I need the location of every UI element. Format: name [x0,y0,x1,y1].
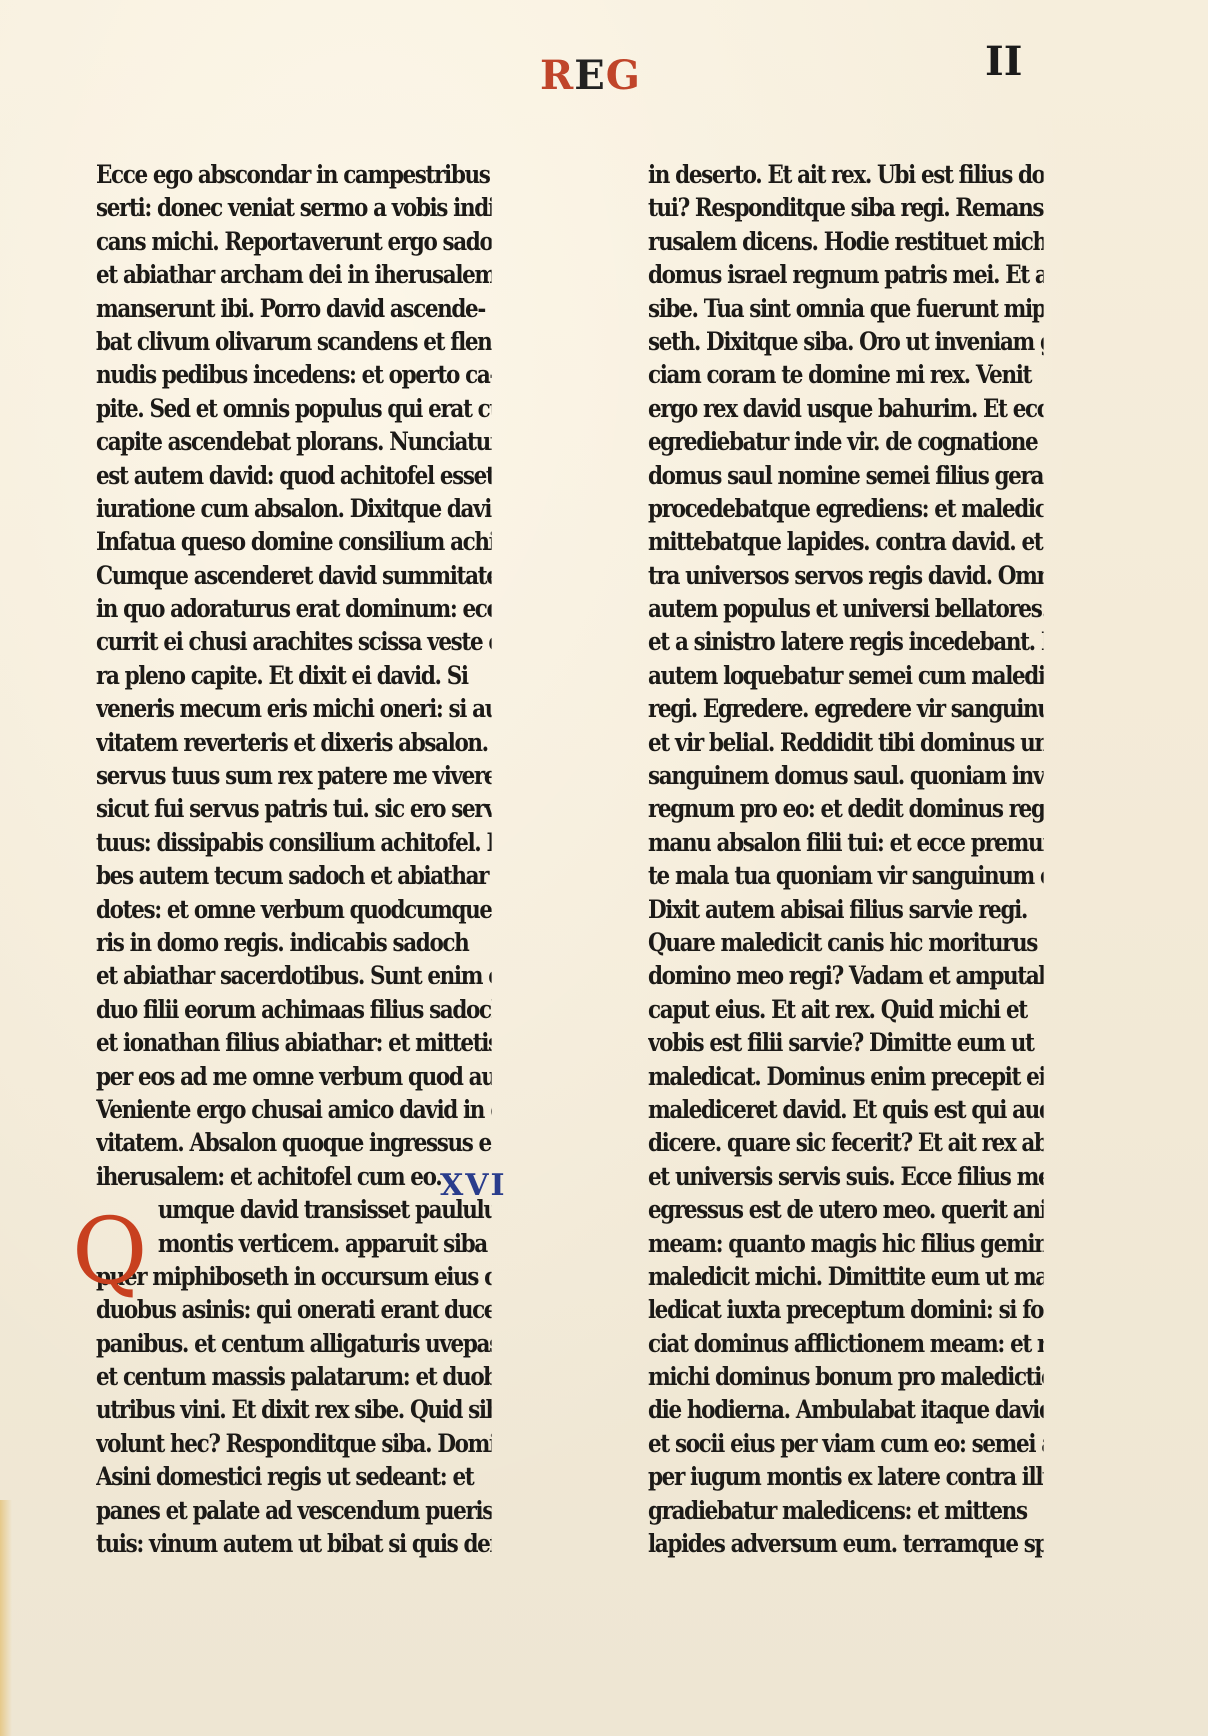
text-line: maledicit michi. Dimittite eum ut ma- [648,1260,1044,1293]
text-line: Ecce ego abscondar in campestribus de- [96,158,492,191]
text-line: per eos ad me omne verbum quod audieriti… [96,1060,492,1093]
text-line: Quare maledicit canis hic moriturus [648,926,1044,959]
text-line: michi dominus bonum pro maledictione hac [648,1360,1044,1393]
text-line: et a sinistro latere regis incedebant. I… [648,625,1044,658]
text-line: vobis est filii sarvie? Dimitte eum ut [648,1026,1044,1059]
left-column: Ecce ego abscondar in campestribus de-se… [96,158,556,1560]
text-line: regi. Egredere. egredere vir sanguinum: [648,692,1044,725]
text-line: autem loquebatur semei cum malediceret [648,659,1044,692]
text-line: Cumque ascenderet david summitatem monti… [96,559,492,592]
text-line: domus israel regnum patris mei. Et ait r… [648,258,1044,291]
text-line: currit ei chusi arachites scissa veste e… [96,625,492,658]
text-line: et socii eius per viam cum eo: semei aut… [648,1427,1044,1460]
text-line: Dixit autem abisai filius sarvie regi. [648,893,1044,926]
text-line: veneris mecum eris michi oneri: si autem… [96,692,492,725]
text-line: servus tuus sum rex patere me vivere. [96,759,492,792]
text-line: et vir belial. Reddidit tibi dominus uni… [648,726,1044,759]
text-line: ciam coram te domine mi rex. Venit [648,358,1044,391]
text-line: manserunt ibi. Porro david ascende- [96,292,492,325]
text-line: est autem david: quod achitofel esset in… [96,459,492,492]
text-line: procedebatque egrediens: et maledicebat [648,492,1044,525]
text-line: panes et palate ad vescendum pueris [96,1494,492,1527]
text-line: ciat dominus afflictionem meam: et redda… [648,1327,1044,1360]
text-line: duobus asinis: qui onerati erant ducenti… [96,1293,492,1326]
text-line: ris in domo regis. indicabis sadoch [96,926,492,959]
text-line: gradiebatur maledicens: et mittens [648,1494,1044,1527]
text-line: ledicat iuxta preceptum domini: si forte… [648,1293,1044,1326]
text-line: per iugum montis ex latere contra illum. [648,1460,1044,1493]
text-line: bat clivum olivarum scandens et flens [96,325,492,358]
text-line: iherusalem: et achitofel cum eo. [96,1160,492,1193]
text-line: panibus. et centum alligaturis uvepasse. [96,1327,492,1360]
text-line: te mala tua quoniam vir sanguinum es. [648,859,1044,892]
text-line: et ionathan filius abiathar: et mittetis [96,1026,492,1059]
text-line: ergo rex david usque bahurim. Et ecce [648,392,1044,425]
text-line: dotes: et omne verbum quodcumque audie- [96,893,492,926]
illuminated-initial: Q [72,1206,147,1298]
text-line: in deserto. Et ait rex. Ubi est filius d… [648,158,1044,191]
text-line: duo filii eorum achimaas filius sadoch [96,993,492,1026]
chapter-number: XVI [440,1168,507,1203]
text-line: Asini domestici regis ut sedeant: et [96,1460,492,1493]
text-line: domus saul nomine semei filius gera: [648,459,1044,492]
running-head-letter-1: R [540,52,574,99]
text-line: cans michi. Reportaverunt ergo sadoch [96,225,492,258]
text-line: ra pleno capite. Et dixit ei david. Si [96,659,492,692]
running-head-letter-3: G [606,52,641,99]
text-line: maledicat. Dominus enim precepit ei ut [648,1060,1044,1093]
text-line: sanguinem domus saul. quoniam invasisti [648,759,1044,792]
text-line: malediceret david. Et quis est qui audea… [648,1093,1044,1126]
text-line: et universis servis suis. Ecce filius me… [648,1160,1044,1193]
text-line: seth. Dixitque siba. Oro ut inveniam gra… [648,325,1044,358]
text-line: egrediebatur inde vir. de cognatione [648,425,1044,458]
text-line: rusalem dicens. Hodie restituet michi [648,225,1044,258]
text-line: puer miphiboseth in occursum eius cum [96,1260,492,1293]
text-line: manu absalon filii tui: et ecce premunt [648,826,1044,859]
text-line: domino meo regi? Vadam et amputabo [648,959,1044,992]
text-line: vitatem reverteris et dixeris absalon. [96,726,492,759]
text-line: lapides adversum eum. terramque spargens… [648,1527,1044,1560]
text-line: mittebatque lapides. contra david. et co… [648,525,1044,558]
text-line: tuis: vinum autem ut bibat si quis defec… [96,1527,492,1560]
text-line: caput eius. Et ait rex. Quid michi et [648,993,1044,1026]
text-line: sibe. Tua sint omnia que fuerunt miphibo… [648,292,1044,325]
text-line: et centum massis palatarum: et duobus [96,1360,492,1393]
text-line: regnum pro eo: et dedit dominus regnum i… [648,792,1044,825]
text-line: utribus vini. Et dixit rex sibe. Quid si… [96,1393,492,1426]
text-line: in quo adoraturus erat dominum: ecce oc- [96,592,492,625]
text-line: serti: donec veniat sermo a vobis indi- [96,191,492,224]
text-line: montis verticem. apparuit siba [96,1227,492,1260]
text-line: tuus: dissipabis consilium achitofel. Ha… [96,826,492,859]
text-line: dicere. quare sic fecerit? Et ait rex ab… [648,1126,1044,1159]
text-line: et abiathar sacerdotibus. Sunt enim cum … [96,959,492,992]
running-head-letter-2: E [574,52,606,99]
text-line: volunt hec? Responditque siba. Domine mi… [96,1427,492,1460]
text-line: egressus est de utero meo. querit animam [648,1193,1044,1226]
text-line: et abiathar archam dei in iherusalem: et [96,258,492,291]
text-line: tui? Responditque siba regi. Remansit in… [648,191,1044,224]
text-line: tra universos servos regis david. Omnis [648,559,1044,592]
text-line: Veniente ergo chusai amico david in ci- [96,1093,492,1126]
text-line: meam: quanto magis hic filius gemini [648,1227,1044,1260]
text-line: pite. Sed et omnis populus qui erat cum … [96,392,492,425]
text-line: sicut fui servus patris tui. sic ero ser… [96,792,492,825]
text-line: umque david transisset paululum [96,1193,492,1226]
text-line: die hodierna. Ambulabat itaque david [648,1393,1044,1426]
folio-number: II [985,38,1022,85]
text-line: Infatua queso domine consilium achitofel… [96,525,492,558]
running-head: REG [540,52,641,99]
manuscript-page: REG II Ecce ego abscondar in campestribu… [0,0,1208,1736]
text-line: iuratione cum absalon. Dixitque david. [96,492,492,525]
right-column: in deserto. Et ait rex. Ubi est filius d… [648,158,1108,1560]
text-line: nudis pedibus incedens: et operto ca- [96,358,492,391]
paper-stain [0,1500,12,1736]
text-line: autem populus et universi bellatores. a … [648,592,1044,625]
text-line: vitatem. Absalon quoque ingressus est [96,1126,492,1159]
text-line: capite ascendebat plorans. Nunciatum [96,425,492,458]
text-line: bes autem tecum sadoch et abiathar sacer… [96,859,492,892]
